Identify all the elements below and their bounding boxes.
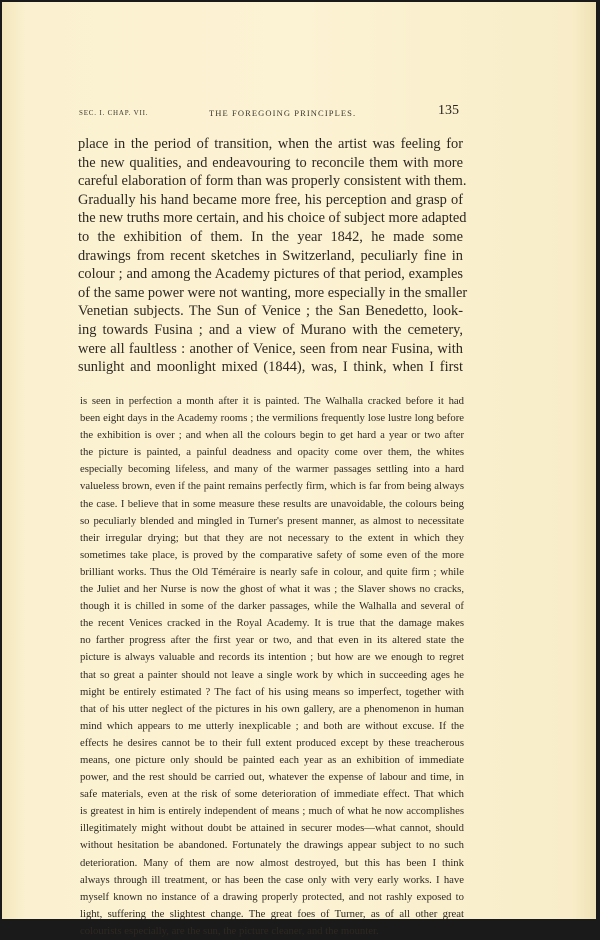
body-line: drawings from recent sketches in Switzer… <box>78 247 463 266</box>
main-text: place in the period of transition, when … <box>78 135 463 377</box>
footnote-line: mind which appears to me utterly inexpli… <box>80 718 464 735</box>
footnote-line: means, one picture only should be painte… <box>80 752 464 769</box>
body-line: colour ; and among the Academy pictures … <box>78 265 463 284</box>
body-line: careful elaboration of form than was pro… <box>78 172 463 191</box>
footnote-line: light, suffering the slightest change. T… <box>80 906 464 922</box>
body-line: the new qualities, and endeavouring to r… <box>78 154 463 173</box>
footnote-line: is seen in perfection a month after it i… <box>80 393 464 410</box>
footnote-line: deterioration. Many of them are now almo… <box>80 855 464 872</box>
body-line: place in the period of transition, when … <box>78 135 463 154</box>
footnote-line: that of his utter neglect of the picture… <box>80 701 464 718</box>
running-title: THE FOREGOING PRINCIPLES. <box>209 108 356 118</box>
body-line: to the exhibition of them. In the year 1… <box>78 228 463 247</box>
body-line: sunlight and moonlight mixed (1844), was… <box>78 358 463 377</box>
footnote-line: illegitimately might without doubt be at… <box>80 820 464 837</box>
body-line: the new truths more certain, and his cho… <box>78 209 463 228</box>
body-line: were all faultless : another of Venice, … <box>78 340 463 359</box>
body-line: Gradually his hand became more free, his… <box>78 191 463 210</box>
footnote-line: picture is always valuable and records i… <box>80 649 464 666</box>
footnote-line: been eight days in the Academy rooms ; t… <box>80 410 464 427</box>
section-label: SEC. I. CHAP. VII. <box>79 109 148 117</box>
footnote-line: the recent Venices cracked in the Royal … <box>80 615 464 632</box>
footnote-line: without hesitation be abandoned. Fortuna… <box>80 837 464 854</box>
running-header: SEC. I. CHAP. VII. THE FOREGOING PRINCIP… <box>79 105 459 121</box>
footnote-text: is seen in perfection a month after it i… <box>80 393 464 922</box>
footnote-line: brilliant works. Thus the Old Téméraire … <box>80 564 464 581</box>
footnote-line: might be entirely estimated ? The fact o… <box>80 684 464 701</box>
footnote-line: the Juliet and her Nurse is now the ghos… <box>80 581 464 598</box>
footnote-line: the case. I believe that in some measure… <box>80 496 464 513</box>
footnote-line: myself known no instance of a drawing pr… <box>80 889 464 906</box>
page-number: 135 <box>438 103 459 119</box>
footnote-line: especially becoming lifeless, and many o… <box>80 461 464 478</box>
footnote-line: though it is chilled in some of the dark… <box>80 598 464 615</box>
book-page: SEC. I. CHAP. VII. THE FOREGOING PRINCIP… <box>2 2 596 919</box>
body-line: Venetian subjects. The Sun of Venice ; t… <box>78 302 463 321</box>
footnote-line: no farther progress after the first year… <box>80 632 464 649</box>
footnote-line: so peculiarly blended and mingled in Tur… <box>80 513 464 530</box>
footnote-line: sometimes take place, is proved by the c… <box>80 547 464 564</box>
body-line: ing towards Fusina ; and a view of Muran… <box>78 321 463 340</box>
footnote-line: valueless brown, even if the paint remai… <box>80 478 464 495</box>
body-line: of the same power were not wanting, more… <box>78 284 463 303</box>
footnote-line: effects he desires cannot be to their fu… <box>80 735 464 752</box>
footnote-line: power, and the rest should be carried ou… <box>80 769 464 786</box>
footnote-line: the picture is painted, a painful deadne… <box>80 444 464 461</box>
footnote-line: always through ill treatment, or has bee… <box>80 872 464 889</box>
footnote-line: is greatest in him is entirely independe… <box>80 803 464 820</box>
footnote-line: their irregular drying; but that they ar… <box>80 530 464 547</box>
footnote-line: that so great a painter should not leave… <box>80 667 464 684</box>
footnote-line: safe materials, even at the risk of some… <box>80 786 464 803</box>
footnote-line: the exhibition is over ; and when all th… <box>80 427 464 444</box>
